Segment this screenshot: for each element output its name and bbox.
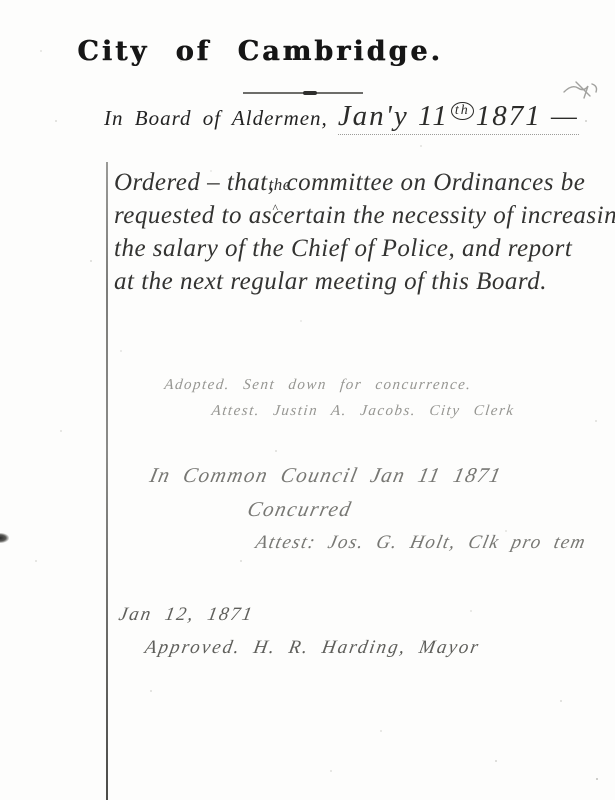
approval-date: Jan 12, 1871: [116, 598, 489, 631]
order-line-2: requested to ascertain the necessity of …: [114, 199, 592, 232]
council-clerk-signature: Attest: Jos. G. Holt, Clk pro tem: [252, 526, 589, 560]
left-margin-rule: [106, 162, 108, 800]
order-line-1: Ordered – that,the^committee on Ordinanc…: [114, 166, 592, 199]
clerk-attestation-section: Adopted. Sent down for concurrence. Atte…: [160, 372, 518, 424]
clerk-signature: Attest. Justin A. Jacobs. City Clerk: [210, 398, 516, 424]
board-of-aldermen-line: In Board of Aldermen, Jan'y 11th1871 —: [104, 100, 579, 133]
council-date-line: In Common Council Jan 11 1871: [147, 458, 604, 492]
order-body-text: Ordered – that,the^committee on Ordinanc…: [114, 166, 592, 298]
mayor-signature: Approved. H. R. Harding, Mayor: [142, 631, 483, 664]
scanned-document-page: City of Cambridge. In Board of Aldermen,…: [0, 0, 615, 800]
order-line-3: the salary of the Chief of Police, and r…: [114, 232, 592, 265]
scan-edge-smudge: [0, 533, 9, 543]
printed-board-label: In Board of Aldermen,: [104, 106, 328, 130]
adopted-note: Adopted. Sent down for concurrence.: [163, 372, 519, 398]
handwritten-date: Jan'y 11th1871 —: [338, 100, 579, 135]
date-day: Jan'y 11: [338, 100, 449, 132]
scan-noise-speckles: [0, 0, 2, 2]
concurred-note: Concurred: [244, 492, 596, 526]
caret-mark: ^: [273, 192, 279, 225]
date-year: 1871 —: [476, 100, 579, 132]
order-line-4: at the next regular meeting of this Boar…: [114, 265, 592, 298]
common-council-section: In Common Council Jan 11 1871 Concurred …: [132, 458, 604, 560]
ink-blot: [303, 91, 317, 95]
document-title: City of Cambridge.: [0, 36, 615, 67]
stray-pen-line: [243, 92, 363, 94]
date-ordinal-superscript: th: [451, 102, 474, 120]
mayor-approval-section: Jan 12, 1871 Approved. H. R. Harding, Ma…: [110, 598, 488, 664]
